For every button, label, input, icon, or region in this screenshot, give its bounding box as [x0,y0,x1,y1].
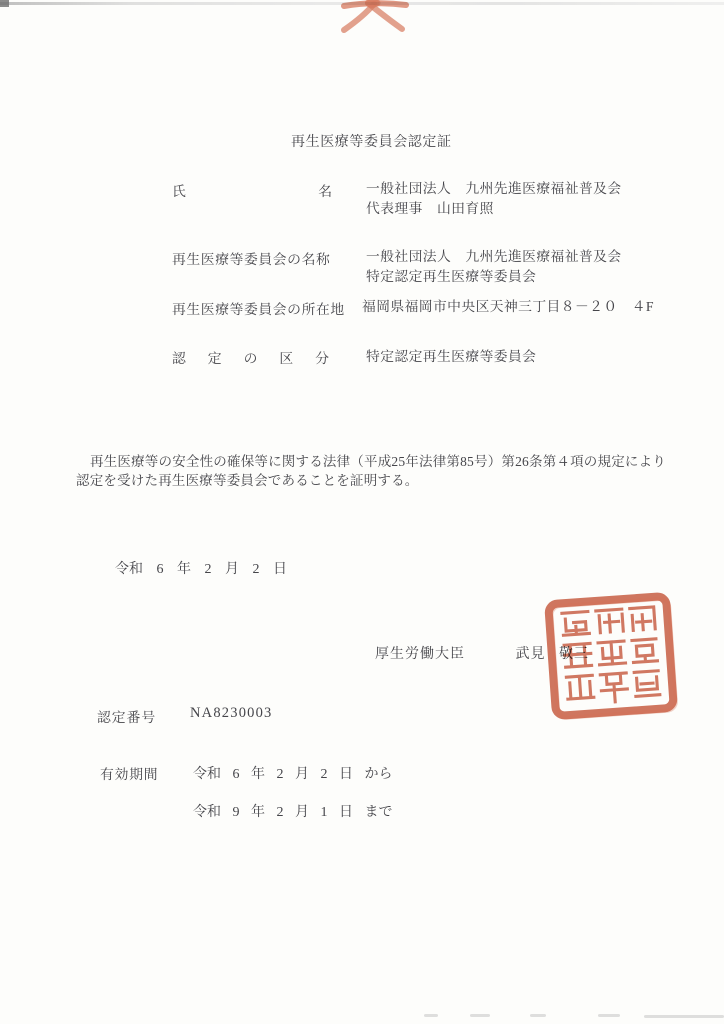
field-label-committee-address: 再生医療等委員会の所在地 [172,298,345,318]
scan-smudge-artifact [644,1015,724,1018]
value-line: 特定認定再生医療等委員会 [366,267,622,287]
field-value-committee-address: 福岡県福岡市中央区天神三丁目８－２０ ４F [362,297,654,317]
cert-number-label: 認定番号 [97,706,156,726]
validity-label: 有効期間 [100,763,158,783]
label-char: 氏 [172,180,186,200]
certificate-page: 再生医療等委員会認定証 氏 名 一般社団法人 九州先進医療福祉普及会 代表理事 … [0,0,724,1024]
scan-smudge-artifact [530,1014,546,1017]
value-line: 福岡県福岡市中央区天神三丁目８－２０ ４F [362,297,654,317]
scan-smudge-artifact [424,1014,438,1017]
value-line: 一般社団法人 九州先進医療福祉普及会 [366,247,622,267]
certification-statement: 再生医療等の安全性の確保等に関する法律（平成25年法律第85号）第26条第４項の… [76,453,676,490]
label-char: 認 [172,347,186,367]
validity-from: 令和 6 年 2 月 2 日 から [193,763,393,783]
label-char: 名 [318,180,332,200]
field-label-certification-category: 認 定 の 区 分 [172,347,329,367]
value-line: 特定認定再生医療等委員会 [366,347,536,367]
label-char: の [244,347,258,367]
issuer-title: 厚生労働大臣 [375,647,465,662]
cert-number-value: NA8230003 [190,705,273,722]
label-char: 定 [208,347,222,367]
value-line: 一般社団法人 九州先進医療福祉普及会 [366,179,622,199]
red-handwriting-mark [330,0,422,38]
label-char: 区 [279,347,293,367]
scan-smudge-artifact [470,1014,490,1017]
scan-smudge-artifact [598,1014,620,1017]
certificate-title: 再生医療等委員会認定証 [291,131,452,151]
field-label-committee-name: 再生医療等委員会の名称 [172,248,330,268]
field-value-name: 一般社団法人 九州先進医療福祉普及会 代表理事 山田育照 [366,179,622,219]
ministry-seal-stamp [541,590,681,723]
validity-to: 令和 9 年 2 月 1 日 まで [193,801,393,821]
scan-corner-artifact [0,0,9,7]
issue-date: 令和 6 年 2 月 2 日 [115,558,287,578]
label-char: 分 [315,347,329,367]
field-label-name: 氏 名 [172,180,332,200]
field-value-certification-category: 特定認定再生医療等委員会 [366,347,536,367]
field-value-committee-name: 一般社団法人 九州先進医療福祉普及会 特定認定再生医療等委員会 [366,247,622,287]
value-line: 代表理事 山田育照 [366,199,622,219]
